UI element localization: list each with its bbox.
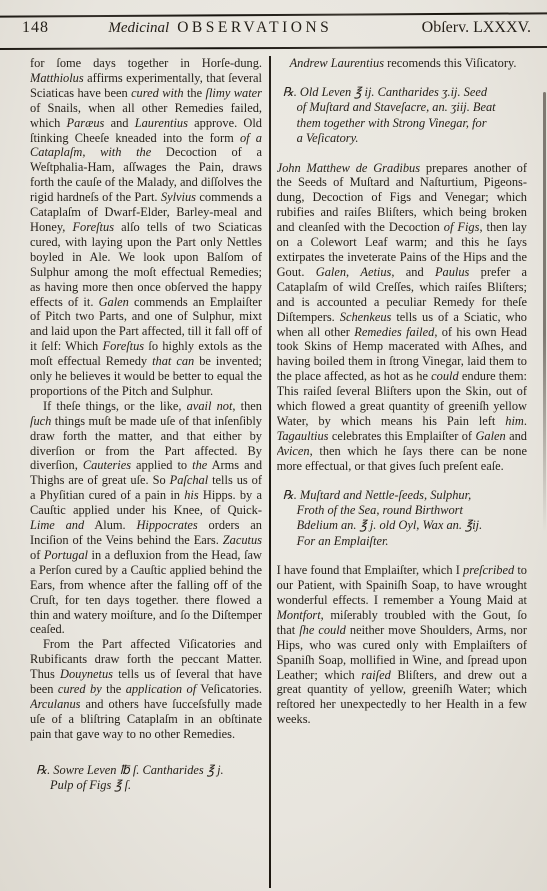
page-number: 148 bbox=[22, 19, 49, 37]
text-segment: Galen bbox=[99, 295, 129, 309]
text-segment: the bbox=[102, 682, 126, 696]
text-segment: Portugal bbox=[44, 548, 88, 562]
paragraph: John Matthew de Gradibus prepares anothe… bbox=[277, 161, 527, 474]
text-segment: , bbox=[346, 265, 360, 279]
book-page: 148 MedicinalOBSERVATIONS Obſerv. LXXXV.… bbox=[0, 0, 547, 891]
recipe-line: a Veſicatory. bbox=[283, 131, 527, 146]
text-segment: Paræus bbox=[67, 116, 105, 130]
observation-ref: Obſerv. LXXXV. bbox=[422, 19, 531, 37]
text-segment: John Matthew de Gradibus bbox=[277, 161, 420, 175]
text-segment: avail not bbox=[187, 399, 233, 413]
text-segment: Sylvius bbox=[161, 190, 196, 204]
text-segment: I have found that Emplaiſter, which I bbox=[277, 563, 463, 577]
text-segment: the bbox=[192, 458, 207, 472]
recipe-line: Froth of the Sea, round Birthwort bbox=[283, 503, 527, 518]
text-segment: recomends this Viſicatory. bbox=[384, 56, 516, 70]
text-segment: Schenkeus bbox=[340, 310, 392, 324]
text-segment: of Figs bbox=[444, 220, 480, 234]
text-segment: application of bbox=[126, 682, 197, 696]
text-segment: , and bbox=[391, 265, 435, 279]
running-title: MedicinalOBSERVATIONS bbox=[49, 19, 392, 37]
text-segment: Alum. bbox=[84, 518, 136, 532]
text-segment: Tagaultius bbox=[277, 429, 329, 443]
left-column: for ſome days together in Horſe-dung. Ma… bbox=[30, 56, 262, 888]
text-segment: ſhe could bbox=[299, 623, 346, 637]
text-segment: ſuch bbox=[30, 414, 51, 428]
text-segment: and bbox=[104, 116, 134, 130]
paragraph: If theſe things, or the like, avail not,… bbox=[30, 399, 262, 638]
text-segment: for ſome days together in Horſe-dung. bbox=[30, 56, 262, 70]
text-segment: Douynetus bbox=[60, 667, 113, 681]
text-segment: Remedies failed bbox=[354, 325, 434, 339]
column-divider bbox=[269, 56, 271, 888]
running-title-caps: OBSERVATIONS bbox=[177, 19, 332, 36]
recipe-line: of Muſtard and Staveſacre, an. ʒiij. Bea… bbox=[283, 100, 527, 115]
page-header: 148 MedicinalOBSERVATIONS Obſerv. LXXXV. bbox=[0, 19, 547, 37]
right-column: Andrew Laurentius recomends this Viſicat… bbox=[277, 56, 527, 888]
text-segment: ſlimy water bbox=[206, 86, 262, 100]
text-segment: the bbox=[184, 86, 206, 100]
text-segment: Veſicatories. bbox=[196, 682, 262, 696]
recipe-line: Bdelium an. ℥ j. old Oyl, Wax an. ℥ij. bbox=[283, 518, 527, 533]
text-segment: cured by bbox=[58, 682, 102, 696]
text-segment: Foreſtus bbox=[103, 339, 145, 353]
text-segment: Hippocrates bbox=[136, 518, 197, 532]
text-segment: . bbox=[524, 414, 527, 428]
recipe-block: ℞. Sowre Leven ℔ ſ. Cantharides ℥ j.Pulp… bbox=[36, 763, 262, 794]
text-segment: Galen bbox=[316, 265, 346, 279]
text-segment: Laurentius bbox=[135, 116, 188, 130]
paragraph: for ſome days together in Horſe-dung. Ma… bbox=[30, 56, 262, 399]
paragraph: Andrew Laurentius recomends this Viſicat… bbox=[277, 56, 527, 71]
recipe-block: ℞. Old Leven ℥ ij. Cantharides ʒ.ij. See… bbox=[283, 85, 527, 147]
paragraph: From the Part affected Viſicatories and … bbox=[30, 637, 262, 741]
recipe-block: ℞. Muſtard and Nettle-ſeeds, Sulphur,Fro… bbox=[283, 488, 527, 550]
recipe-line: ℞. Old Leven ℥ ij. Cantharides ʒ.ij. See… bbox=[283, 85, 527, 100]
text-segment: and bbox=[506, 429, 527, 443]
text-segment: Paulus bbox=[435, 265, 469, 279]
text-segment: , then which he ſays there can be none m… bbox=[277, 444, 527, 473]
text-segment: raiſed bbox=[361, 668, 391, 682]
text-segment: Arculanus bbox=[30, 697, 80, 711]
text-segment: Montfort bbox=[277, 608, 321, 622]
text-segment: Foreſtus bbox=[72, 220, 114, 234]
recipe-line: Pulp of Figs ℥ ſ. bbox=[36, 778, 262, 793]
text-segment: of bbox=[30, 548, 44, 562]
text-segment: Avicen bbox=[277, 444, 310, 458]
text-segment: applied to bbox=[131, 458, 192, 472]
text-segment: that can bbox=[152, 354, 194, 368]
text-segment: If theſe things, or the like, bbox=[43, 399, 187, 413]
text-segment: Galen bbox=[475, 429, 505, 443]
text-segment: Zacutus bbox=[223, 533, 262, 547]
text-segment: preſcribed bbox=[463, 563, 514, 577]
text-segment: could bbox=[431, 369, 459, 383]
header-rule bbox=[0, 46, 547, 50]
page-edge-shadow bbox=[543, 92, 546, 532]
recipe-line: For an Emplaiſter. bbox=[283, 534, 527, 549]
running-title-italic: Medicinal bbox=[108, 20, 169, 36]
recipe-line: ℞. Muſtard and Nettle-ſeeds, Sulphur, bbox=[283, 488, 527, 503]
text-segment: his bbox=[184, 488, 198, 502]
text-segment: Lime and bbox=[30, 518, 84, 532]
text-segment: Cauteries bbox=[83, 458, 131, 472]
text-segment: Andrew Laurentius bbox=[290, 56, 384, 70]
text-segment: Aetius bbox=[360, 265, 391, 279]
text-segment: , then bbox=[232, 399, 262, 413]
recipe-line: them together with Strong Vinegar, for bbox=[283, 116, 527, 131]
recipe-line: ℞. Sowre Leven ℔ ſ. Cantharides ℥ j. bbox=[36, 763, 262, 778]
text-segment: cured with bbox=[131, 86, 184, 100]
text-segment: him bbox=[505, 414, 524, 428]
paragraph: I have found that Emplaiſter, which I pr… bbox=[277, 563, 527, 727]
top-rule bbox=[0, 12, 547, 18]
text-segment: Matthiolus bbox=[30, 71, 84, 85]
text-segment: Paſchal bbox=[170, 473, 209, 487]
text-columns: for ſome days together in Horſe-dung. Ma… bbox=[30, 56, 527, 888]
text-segment: celebrates this Emplaiſter of bbox=[328, 429, 475, 443]
